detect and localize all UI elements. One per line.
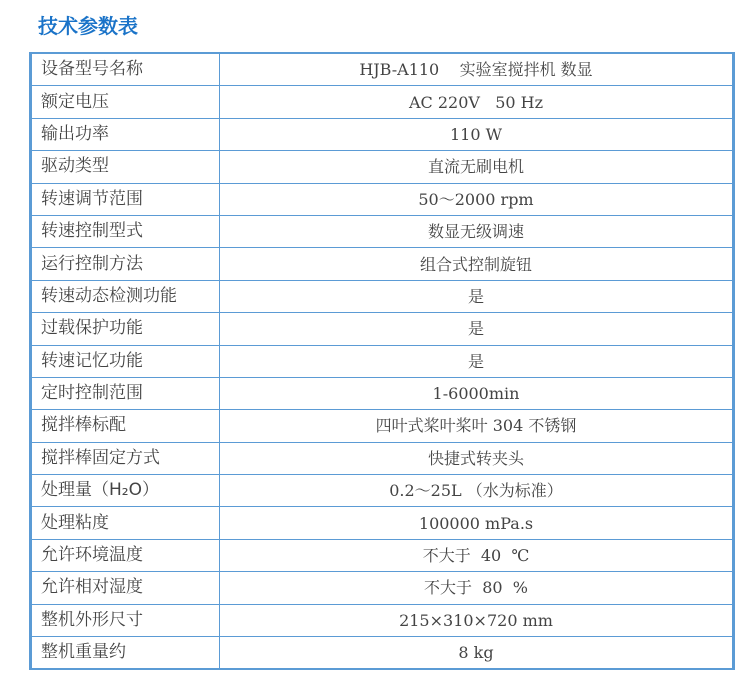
row-label: 额定电压 <box>31 86 220 118</box>
row-value: 215×310×720 mm <box>220 604 734 636</box>
spec-table: 设备型号名称HJB-A110 实验室搅拌机 数显 额定电压AC 220V 50 … <box>29 52 735 670</box>
row-value: 110 W <box>220 118 734 150</box>
table-row: 处理量（H₂O）0.2～25L （水为标准） <box>31 475 734 507</box>
row-value: 100000 mPa.s <box>220 507 734 539</box>
row-label: 运行控制方法 <box>31 248 220 280</box>
row-value: 不大于 80 % <box>220 572 734 604</box>
row-value: 是 <box>220 280 734 312</box>
table-row: 定时控制范围1-6000min <box>31 377 734 409</box>
table-row: 驱动类型直流无刷电机 <box>31 151 734 183</box>
row-value: 50～2000 rpm <box>220 183 734 215</box>
row-label: 过载保护功能 <box>31 313 220 345</box>
table-row: 允许环境温度不大于 40 ℃ <box>31 539 734 571</box>
row-label: 转速调节范围 <box>31 183 220 215</box>
table-row: 设备型号名称HJB-A110 实验室搅拌机 数显 <box>31 53 734 86</box>
row-value: 是 <box>220 313 734 345</box>
table-row: 处理粘度100000 mPa.s <box>31 507 734 539</box>
row-value: HJB-A110 实验室搅拌机 数显 <box>220 53 734 86</box>
table-row: 额定电压AC 220V 50 Hz <box>31 86 734 118</box>
table-row: 转速控制型式数显无级调速 <box>31 215 734 247</box>
row-label: 转速记忆功能 <box>31 345 220 377</box>
table-row: 转速调节范围50～2000 rpm <box>31 183 734 215</box>
row-label: 整机外形尺寸 <box>31 604 220 636</box>
row-label: 转速动态检测功能 <box>31 280 220 312</box>
row-label: 整机重量约 <box>31 637 220 670</box>
row-value: 不大于 40 ℃ <box>220 539 734 571</box>
row-label: 允许相对湿度 <box>31 572 220 604</box>
row-value: 8 kg <box>220 637 734 670</box>
row-value: 组合式控制旋钮 <box>220 248 734 280</box>
row-value: 是 <box>220 345 734 377</box>
row-label: 处理粘度 <box>31 507 220 539</box>
row-value: 快捷式转夹头 <box>220 442 734 474</box>
row-label: 定时控制范围 <box>31 377 220 409</box>
table-row: 搅拌棒标配四叶式桨叶桨叶 304 不锈钢 <box>31 410 734 442</box>
row-value: 1-6000min <box>220 377 734 409</box>
table-row: 允许相对湿度不大于 80 % <box>31 572 734 604</box>
table-row: 整机外形尺寸215×310×720 mm <box>31 604 734 636</box>
row-label: 搅拌棒固定方式 <box>31 442 220 474</box>
table-row: 过载保护功能是 <box>31 313 734 345</box>
row-label: 设备型号名称 <box>31 53 220 86</box>
table-row: 转速动态检测功能是 <box>31 280 734 312</box>
row-label: 允许环境温度 <box>31 539 220 571</box>
table-row: 搅拌棒固定方式快捷式转夹头 <box>31 442 734 474</box>
row-value: AC 220V 50 Hz <box>220 86 734 118</box>
row-label: 驱动类型 <box>31 151 220 183</box>
table-row: 整机重量约8 kg <box>31 637 734 670</box>
row-label: 搅拌棒标配 <box>31 410 220 442</box>
row-value: 数显无级调速 <box>220 215 734 247</box>
table-row: 运行控制方法组合式控制旋钮 <box>31 248 734 280</box>
row-label: 转速控制型式 <box>31 215 220 247</box>
row-value: 四叶式桨叶桨叶 304 不锈钢 <box>220 410 734 442</box>
row-label: 处理量（H₂O） <box>31 475 220 507</box>
row-value: 直流无刷电机 <box>220 151 734 183</box>
row-value: 0.2～25L （水为标准） <box>220 475 734 507</box>
page-title: 技术参数表 <box>38 12 138 40</box>
table-row: 转速记忆功能是 <box>31 345 734 377</box>
row-label: 输出功率 <box>31 118 220 150</box>
table-row: 输出功率110 W <box>31 118 734 150</box>
